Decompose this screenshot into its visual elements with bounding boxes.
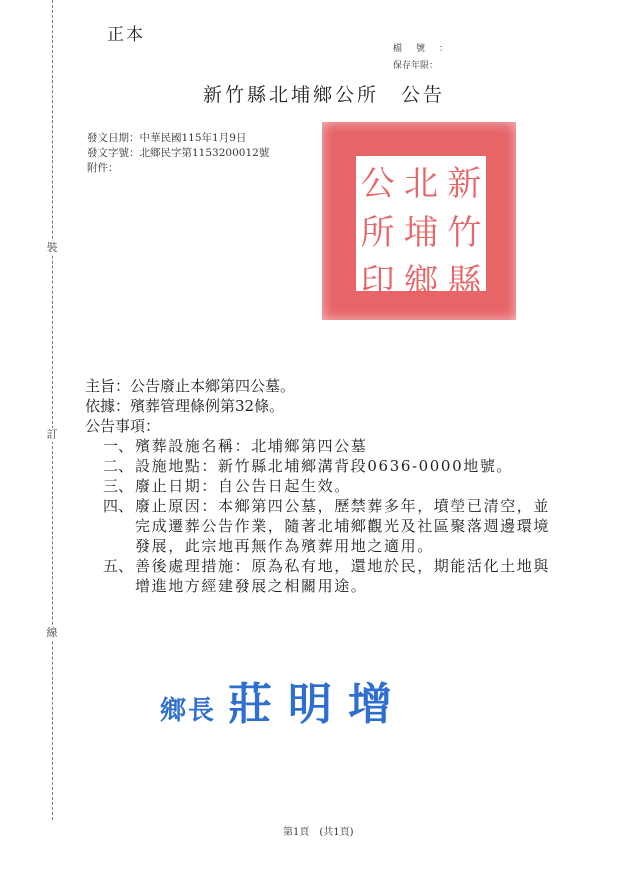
item-number: 四、 xyxy=(103,496,135,556)
document-meta: 發文日期：中華民國115年1月9日 發文字號：北鄉民字第1153200012號 … xyxy=(87,131,269,176)
binding-label-ding: 訂 xyxy=(44,428,60,442)
list-item: 一、 殯葬設施名稱：北埔鄉第四公墓 xyxy=(103,436,565,456)
basis: 依據：殯葬管理條例第32條。 xyxy=(85,396,565,416)
list-item: 二、 設施地點：新竹縣北埔鄉溝背段0636-0000地號。 xyxy=(103,456,565,476)
item-number: 五、 xyxy=(103,556,135,596)
seal-char: 鄉 xyxy=(399,254,442,303)
item-text: 善後處理措施：原為私有地，還地於民，期能活化土地與增進地方經建發展之相關用途。 xyxy=(135,556,553,596)
item-number: 三、 xyxy=(103,476,135,496)
issue-date: 發文日期：中華民國115年1月9日 xyxy=(87,131,269,146)
item-text: 殯葬設施名稱：北埔鄉第四公墓 xyxy=(135,436,553,456)
copy-mark: 正本 xyxy=(107,20,145,45)
retention-label: 保存年限： xyxy=(393,58,438,75)
signature-stamp: 鄉長 莊明增 xyxy=(160,668,408,732)
seal-char: 北 xyxy=(399,156,442,205)
seal-char: 縣 xyxy=(443,254,486,303)
doc-number: 發文字號：北鄉民字第1153200012號 xyxy=(87,146,269,161)
binding-dashed-line xyxy=(52,0,53,820)
official-seal: 新 竹 縣 北 埔 鄉 公 所 印 xyxy=(322,122,516,320)
page-title: 新竹縣北埔鄉公所公告 xyxy=(203,80,445,107)
subject: 主旨：公告廢止本鄉第四公墓。 xyxy=(85,376,565,396)
item-text: 設施地點：新竹縣北埔鄉溝背段0636-0000地號。 xyxy=(135,456,553,476)
item-text: 廢止原因：本鄉第四公墓，歷禁葬多年，墳塋已清空，並完成遷葬公告作業，隨著北埔鄉觀… xyxy=(135,496,553,556)
seal-char: 竹 xyxy=(443,205,486,254)
list-item: 四、 廢止原因：本鄉第四公墓，歷禁葬多年，墳塋已清空，並完成遷葬公告作業，隨著北… xyxy=(103,496,565,556)
seal-char: 所 xyxy=(356,205,399,254)
signature-name: 莊明增 xyxy=(228,668,408,732)
announcement-body: 主旨：公告廢止本鄉第四公墓。 依據：殯葬管理條例第32條。 公告事項： 一、 殯… xyxy=(85,376,565,596)
announcement-items: 一、 殯葬設施名稱：北埔鄉第四公墓 二、 設施地點：新竹縣北埔鄉溝背段0636-… xyxy=(103,436,565,596)
file-info: 檔號： 保存年限： xyxy=(393,41,462,75)
signature-role: 鄉長 xyxy=(160,690,216,727)
list-item: 五、 善後處理措施：原為私有地，還地於民，期能活化土地與增進地方經建發展之相關用… xyxy=(103,556,565,596)
seal-characters: 新 竹 縣 北 埔 鄉 公 所 印 xyxy=(356,156,486,291)
item-text: 廢止日期：自公告日起生效。 xyxy=(135,476,553,496)
file-number-label: 檔號： xyxy=(393,41,462,58)
attachment: 附件： xyxy=(87,161,269,176)
items-heading: 公告事項： xyxy=(85,416,565,436)
seal-char: 新 xyxy=(443,156,486,205)
item-number: 二、 xyxy=(103,456,135,476)
seal-char: 印 xyxy=(356,254,399,303)
office-name: 新竹縣北埔鄉公所 xyxy=(203,84,379,106)
seal-char: 公 xyxy=(356,156,399,205)
binding-label-xian: 線 xyxy=(44,626,60,640)
page-number: 第1頁 (共1頁) xyxy=(283,823,354,838)
list-item: 三、 廢止日期：自公告日起生效。 xyxy=(103,476,565,496)
seal-char: 埔 xyxy=(399,205,442,254)
binding-label-zhuang: 裝 xyxy=(44,241,60,255)
doc-type: 公告 xyxy=(401,84,445,106)
item-number: 一、 xyxy=(103,436,135,456)
